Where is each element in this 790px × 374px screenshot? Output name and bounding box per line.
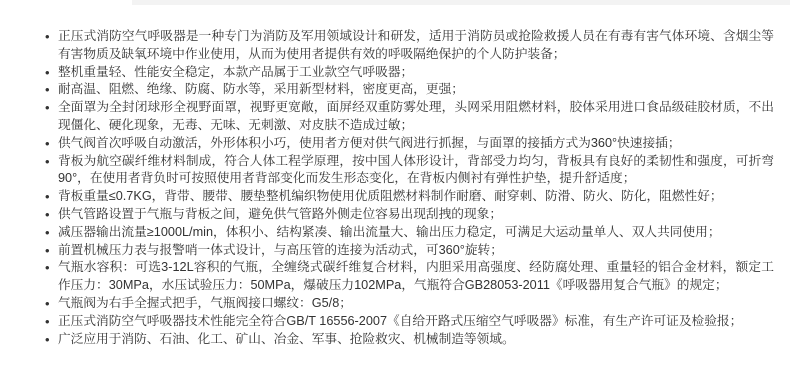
bullet-item: 供气阀首次呼吸自动激活，外形体积小巧，使用者方便对供气阀进行抓握，与面罩的接插方… xyxy=(58,135,774,153)
bullet-item: 背板重量≤0.7KG，背带、腰带、腰垫整机编织物使用优质阻燃材料制作耐磨、耐穿刺… xyxy=(58,188,774,206)
bullet-item: 减压器输出流量≥1000L/min，体积小、结构紧凑、输出流量大、输出压力稳定，… xyxy=(58,224,774,242)
tab-divider-notch xyxy=(0,0,132,5)
product-feature-list: 正压式消防空气呼吸器是一种专门为消防及军用领域设计和研发，适用于消防员或抢险救援… xyxy=(0,28,790,348)
bullet-item: 正压式消防空气呼吸器是一种专门为消防及军用领域设计和研发，适用于消防员或抢险救援… xyxy=(58,28,774,64)
bullet-item: 气瓶水容积：可选3-12L容积的气瓶，全缠绕式碳纤维复合材料，内胆采用高强度、经… xyxy=(58,259,774,295)
bullet-item: 广泛应用于消防、石油、化工、矿山、冶金、军事、抢险救灾、机械制造等领域。 xyxy=(58,331,774,349)
bullet-item: 供气管路设置于气瓶与背板之间，避免供气管路外侧走位容易出现刮拽的现象； xyxy=(58,206,774,224)
top-divider-strip xyxy=(132,0,790,5)
bullet-item: 耐高温、阻燃、绝缘、防腐、防水等，采用新型材料，密度更高，更强； xyxy=(58,81,774,99)
bullet-item: 前置机械压力表与报警哨一体式设计，与高压管的连接为活动式，可360°旋转； xyxy=(58,242,774,260)
bullet-item: 全面罩为全封闭球形全视野面罩，视野更宽敞，面屏经双重防雾处理，头网采用阻燃材料，… xyxy=(58,99,774,135)
bullet-item: 正压式消防空气呼吸器技术性能完全符合GB/T 16556-2007《自给开路式压… xyxy=(58,313,774,331)
bullet-item: 背板为航空碳纤维材料制成，符合人体工程学原理，按中国人体形设计，背部受力均匀，背… xyxy=(58,153,774,189)
bullet-item: 气瓶阀为右手全握式把手，气瓶阀接口螺纹：G5/8； xyxy=(58,295,774,313)
bullet-item: 整机重量轻、性能安全稳定，本款产品属于工业款空气呼吸器； xyxy=(58,64,774,82)
product-description-page: 正压式消防空气呼吸器是一种专门为消防及军用领域设计和研发，适用于消防员或抢险救援… xyxy=(0,0,790,374)
